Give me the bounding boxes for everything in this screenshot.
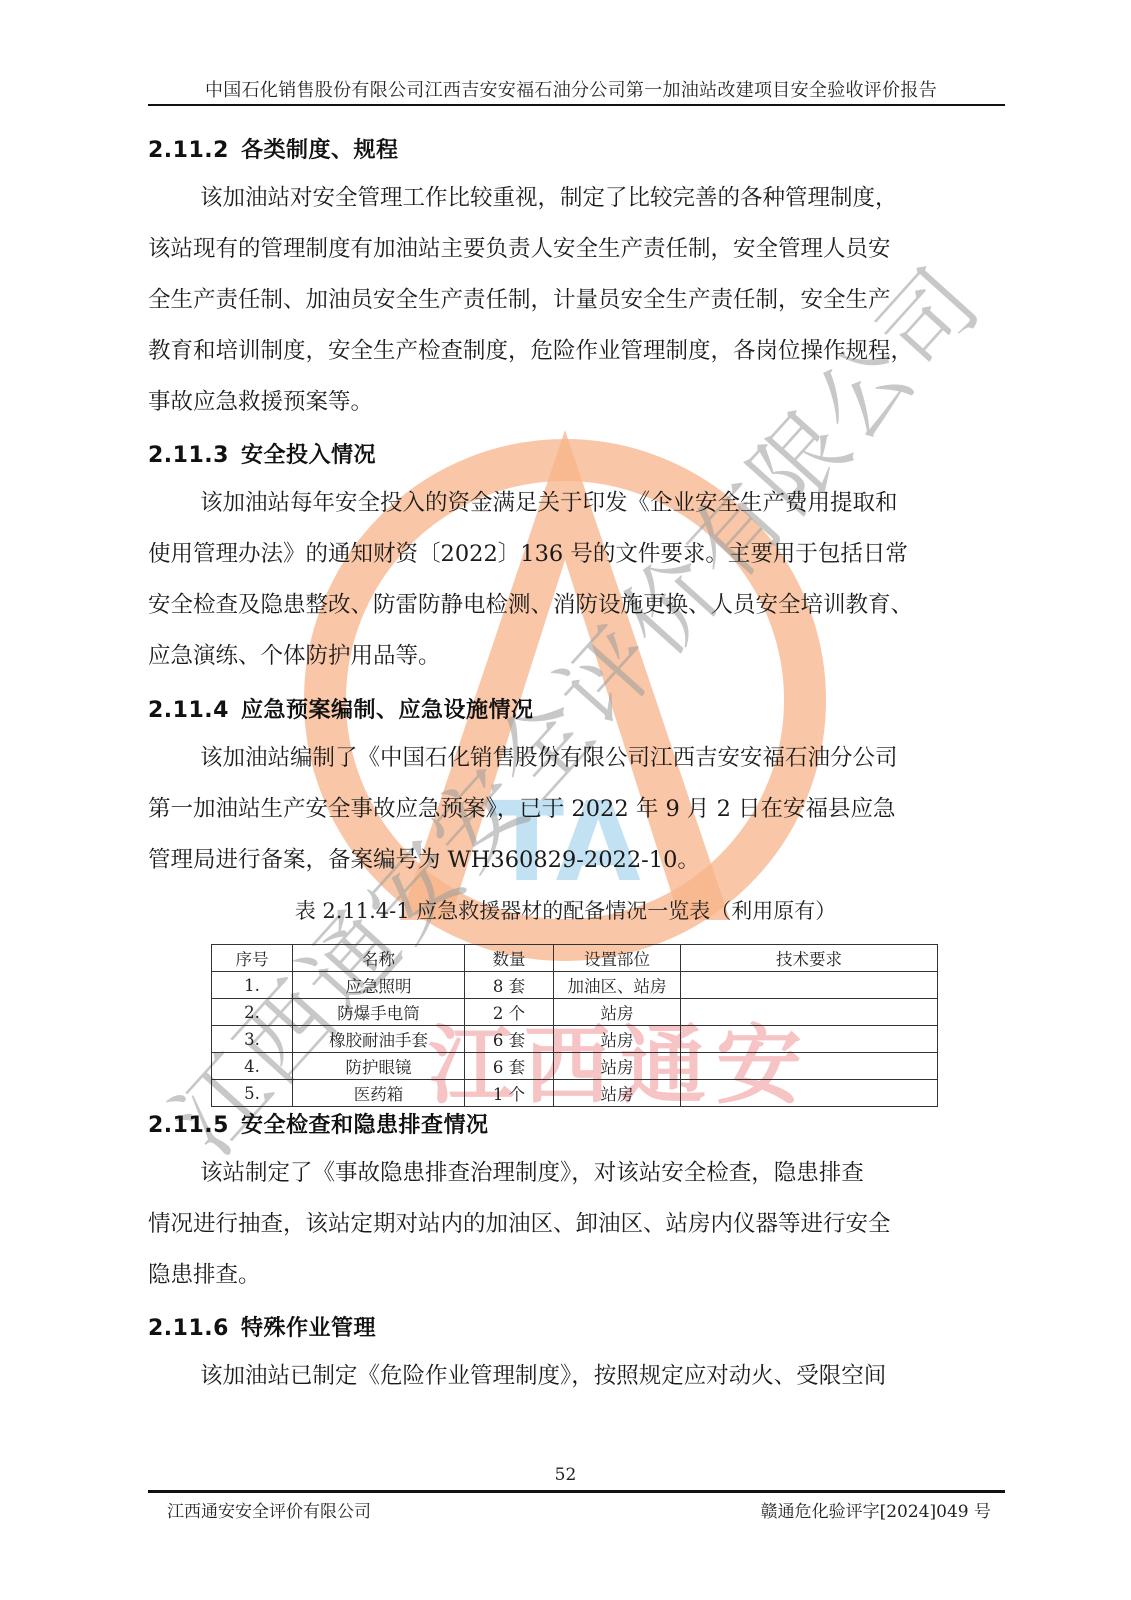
document-page: TA 江西通安安全评价有限公司 江西通安 中国石化销售股份有限公司江西吉安安福石…: [0, 0, 1131, 1600]
section-body-2-11-4: 该加油站编制了《中国石化销售股份有限公司江西吉安安福石油分公司 第一加油站生产安…: [148, 733, 1005, 886]
cell-quantity: 6 套: [465, 1053, 554, 1080]
body-line: 该加油站每年安全投入的资金满足关于印发《企业安全生产费用提取和: [148, 478, 1005, 529]
cell-name: 防爆手电筒: [293, 999, 465, 1026]
section-title: 特殊作业管理: [241, 1316, 376, 1341]
section-number: 2.11.5: [148, 1113, 229, 1138]
cell-index: 4.: [212, 1053, 293, 1080]
cell-requirement: [681, 999, 938, 1026]
cell-index: 2.: [212, 999, 293, 1026]
cell-location: 站房: [554, 999, 681, 1026]
column-header: 数量: [465, 945, 554, 972]
body-line: 该加油站已制定《危险作业管理制度》，按照规定应对动火、受限空间: [148, 1351, 1005, 1402]
cell-requirement: [681, 1053, 938, 1080]
section-number: 2.11.4: [148, 698, 229, 723]
cell-location: 站房: [554, 1053, 681, 1080]
cell-location: 站房: [554, 1080, 681, 1107]
body-line: 该加油站对安全管理工作比较重视，制定了比较完善的各种管理制度，: [148, 173, 1005, 224]
body-line: 教育和培训制度，安全生产检查制度，危险作业管理制度，各岗位操作规程，: [148, 326, 1005, 377]
cell-name: 防护眼镜: [293, 1053, 465, 1080]
section-body-2-11-6: 该加油站已制定《危险作业管理制度》，按照规定应对动火、受限空间: [148, 1351, 1005, 1402]
body-line: 事故应急救援预案等。: [148, 377, 1005, 428]
cell-location: 站房: [554, 1026, 681, 1053]
section-title: 安全检查和隐患排查情况: [241, 1113, 489, 1138]
body-line: 使用管理办法》的通知财资〔2022〕136 号的文件要求。主要用于包括日常: [148, 529, 1005, 580]
table-row: 5. 医药箱 1 个 站房: [212, 1080, 938, 1107]
column-header: 设置部位: [554, 945, 681, 972]
section-number: 2.11.3: [148, 443, 229, 468]
section-number: 2.11.6: [148, 1316, 229, 1341]
section-heading-2-11-5: 2.11.5安全检查和隐患排查情况: [148, 1108, 488, 1139]
cell-requirement: [681, 972, 938, 999]
cell-name: 应急照明: [293, 972, 465, 999]
table-row: 3. 橡胶耐油手套 6 套 站房: [212, 1026, 938, 1053]
section-number: 2.11.2: [148, 138, 229, 163]
body-line: 该站制定了《事故隐患排查治理制度》，对该站安全检查，隐患排查: [148, 1148, 1005, 1199]
body-line: 第一加油站生产安全事故应急预案》，已于 2022 年 9 月 2 日在安福县应急: [148, 784, 1005, 835]
section-heading-2-11-3: 2.11.3安全投入情况: [148, 438, 376, 469]
cell-requirement: [681, 1026, 938, 1053]
emergency-equipment-table: 序号 名称 数量 设置部位 技术要求 1. 应急照明 8 套 加油区、站房 2.: [211, 944, 938, 1107]
table-row: 1. 应急照明 8 套 加油区、站房: [212, 972, 938, 999]
cell-quantity: 2 个: [465, 999, 554, 1026]
section-body-2-11-2: 该加油站对安全管理工作比较重视，制定了比较完善的各种管理制度， 该站现有的管理制…: [148, 173, 1005, 428]
footer-company: 江西通安安全评价有限公司: [167, 1497, 371, 1522]
cell-quantity: 8 套: [465, 972, 554, 999]
page-number: 52: [0, 1465, 1131, 1485]
section-body-2-11-5: 该站制定了《事故隐患排查治理制度》，对该站安全检查，隐患排查 情况进行抽查，该站…: [148, 1148, 1005, 1301]
cell-index: 1.: [212, 972, 293, 999]
column-header: 技术要求: [681, 945, 938, 972]
section-title: 应急预案编制、应急设施情况: [241, 698, 534, 723]
section-heading-2-11-2: 2.11.2各类制度、规程: [148, 133, 398, 164]
table-row: 4. 防护眼镜 6 套 站房: [212, 1053, 938, 1080]
body-line: 该站现有的管理制度有加油站主要负责人安全生产责任制，安全管理人员安: [148, 224, 1005, 275]
report-header-title: 中国石化销售股份有限公司江西吉安安福石油分公司第一加油站改建项目安全验收评价报告: [205, 76, 937, 102]
cell-name: 橡胶耐油手套: [293, 1026, 465, 1053]
column-header: 名称: [293, 945, 465, 972]
section-heading-2-11-4: 2.11.4应急预案编制、应急设施情况: [148, 693, 533, 724]
cell-requirement: [681, 1080, 938, 1107]
body-line: 隐患排查。: [148, 1250, 1005, 1301]
cell-location: 加油区、站房: [554, 972, 681, 999]
cell-quantity: 6 套: [465, 1026, 554, 1053]
cell-index: 3.: [212, 1026, 293, 1053]
table-caption: 表 2.11.4-1 应急救援器材的配备情况一览表（利用原有）: [0, 895, 1131, 925]
body-line: 全生产责任制、加油员安全生产责任制，计量员安全生产责任制，安全生产: [148, 275, 1005, 326]
body-line: 该加油站编制了《中国石化销售股份有限公司江西吉安安福石油分公司: [148, 733, 1005, 784]
body-line: 管理局进行备案，备案编号为 WH360829-2022-10。: [148, 835, 1005, 886]
section-title: 各类制度、规程: [241, 138, 399, 163]
section-title: 安全投入情况: [241, 443, 376, 468]
section-body-2-11-3: 该加油站每年安全投入的资金满足关于印发《企业安全生产费用提取和 使用管理办法》的…: [148, 478, 1005, 682]
cell-name: 医药箱: [293, 1080, 465, 1107]
header-divider: [148, 104, 1005, 106]
body-line: 安全检查及隐患整改、防雷防静电检测、消防设施更换、人员安全培训教育、: [148, 580, 1005, 631]
footer-divider: [148, 1490, 1005, 1493]
body-line: 情况进行抽查，该站定期对站内的加油区、卸油区、站房内仪器等进行安全: [148, 1199, 1005, 1250]
column-header: 序号: [212, 945, 293, 972]
body-line: 应急演练、个体防护用品等。: [148, 631, 1005, 682]
table-row: 2. 防爆手电筒 2 个 站房: [212, 999, 938, 1026]
cell-quantity: 1 个: [465, 1080, 554, 1107]
cell-index: 5.: [212, 1080, 293, 1107]
footer-doc-number: 赣通危化验评字[2024]049 号: [761, 1497, 991, 1522]
table-header-row: 序号 名称 数量 设置部位 技术要求: [212, 945, 938, 972]
section-heading-2-11-6: 2.11.6特殊作业管理: [148, 1311, 376, 1342]
